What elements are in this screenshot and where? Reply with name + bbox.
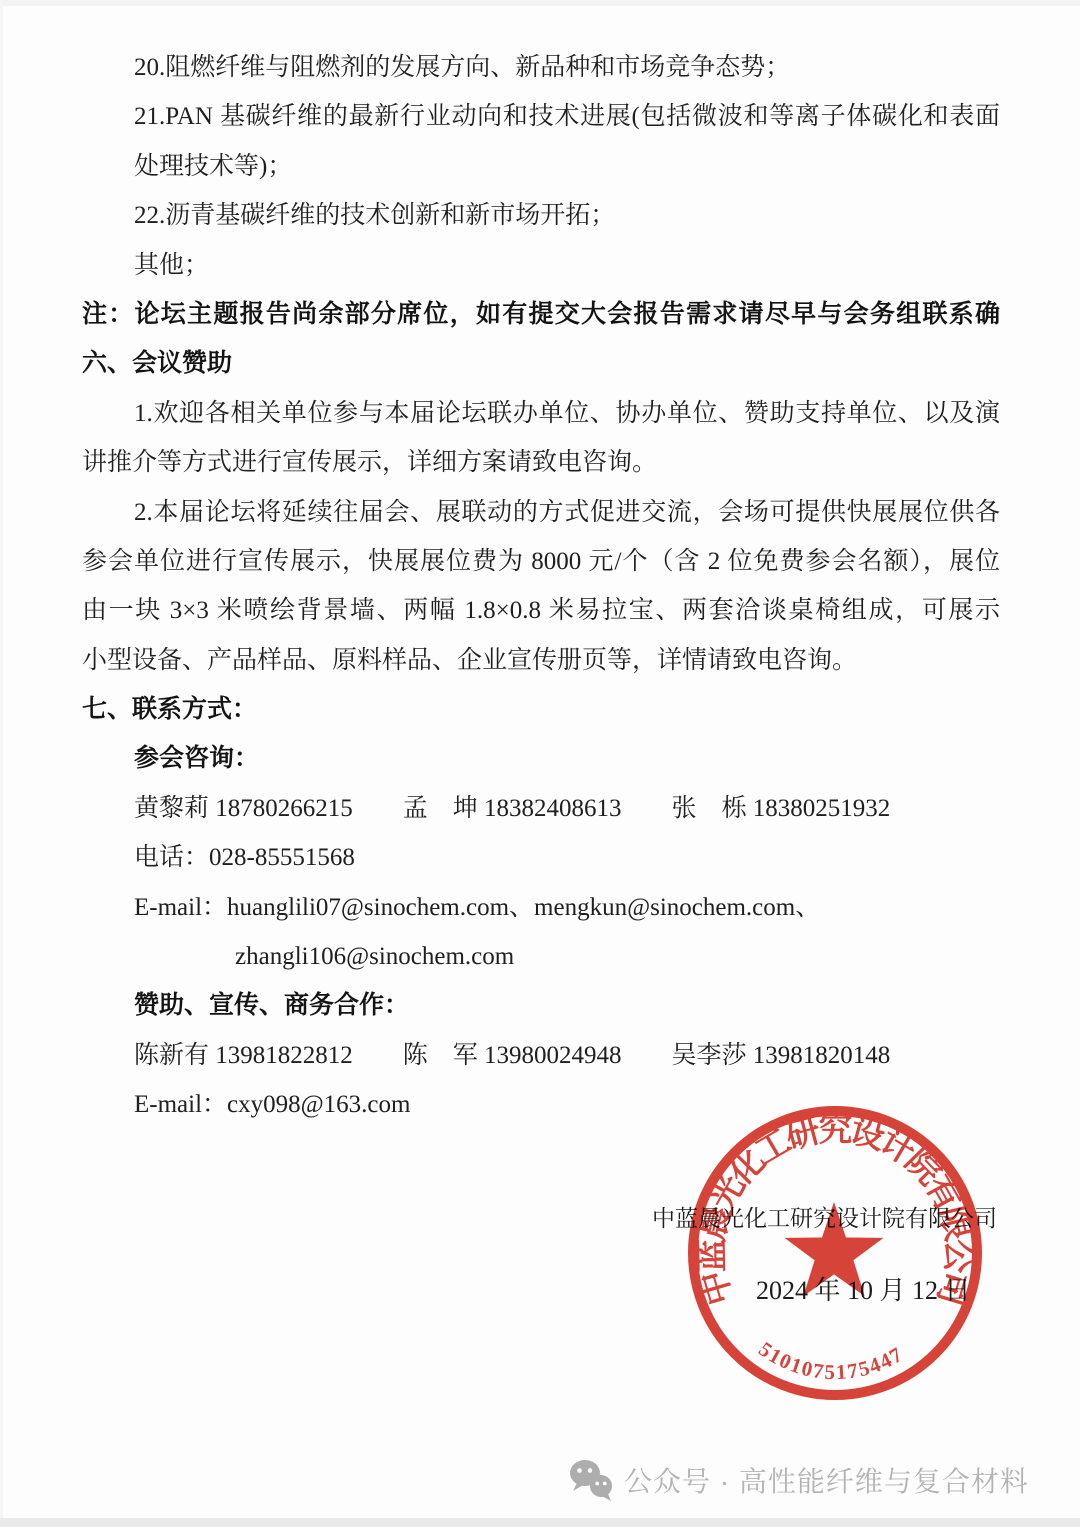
text-line: 黄黎莉 18780266215 孟 坤 18382408613 张 栎 1838… — [82, 784, 1000, 833]
text-line: 讲推介等方式进行宣传展示，详细方案请致电咨询。 — [82, 438, 1000, 487]
text-line: 小型设备、产品样品、原料样品、企业宣传册页等，详情请致电咨询。 — [82, 636, 1000, 685]
star-icon — [785, 1202, 884, 1296]
text-line: 其他； — [82, 241, 1000, 290]
company-seal-stamp: 中蓝晨光化工研究设计院有限公司 5101075175447 — [682, 1104, 988, 1402]
text-line: E-mail：huanglili07@sinochem.com、mengkun@… — [82, 883, 1000, 932]
text-line: 参会咨询： — [82, 734, 1000, 783]
text-line: 由一块 3×3 米喷绘背景墙、两幅 1.8×0.8 米易拉宝、两套洽谈桌椅组成，… — [82, 586, 1000, 635]
document-lines: 20.阻燃纤维与阻燃剂的发展方向、新品种和市场竞争态势；21.PAN 基碳纤维的… — [0, 0, 1080, 1130]
text-line: 注：论坛主题报告尚余部分席位，如有提交大会报告需求请尽早与会务组联系确认。 — [82, 290, 1000, 339]
text-line: 六、会议赞助 — [82, 339, 1000, 388]
text-line: 七、联系方式： — [82, 685, 1000, 734]
footer-watermark: 公众号 · 高性能纤维与复合材料 — [568, 1458, 1029, 1502]
text-line: zhangli106@sinochem.com — [82, 932, 1000, 981]
text-line: 陈新有 13981822812 陈 军 13980024948 吴李莎 1398… — [82, 1031, 1000, 1080]
footer-label: 公众号 · 高性能纤维与复合材料 — [624, 1460, 1029, 1500]
text-line: 赞助、宣传、商务合作： — [82, 981, 1000, 1030]
text-line: 22.沥青基碳纤维的技术创新和新市场开拓； — [82, 191, 1000, 240]
text-line: 20.阻燃纤维与阻燃剂的发展方向、新品种和市场竞争态势； — [82, 43, 1000, 92]
document-page: 20.阻燃纤维与阻燃剂的发展方向、新品种和市场竞争态势；21.PAN 基碳纤维的… — [0, 0, 1080, 1527]
wechat-icon — [568, 1458, 614, 1502]
text-line: 2.本届论坛将延续往届会、展联动的方式促进交流，会场可提供快展展位供各 — [82, 488, 1000, 537]
text-line: 21.PAN 基碳纤维的最新行业动向和技术进展(包括微波和等离子体碳化和表面 — [82, 92, 1000, 141]
page-edge-bottom — [0, 1518, 1080, 1527]
text-line: 参会单位进行宣传展示，快展展位费为 8000 元/个（含 2 位免费参会名额），… — [82, 537, 1000, 586]
text-line: 1.欢迎各相关单位参与本届论坛联办单位、协办单位、赞助支持单位、以及演 — [82, 389, 1000, 438]
seal-serial-number: 5101075175447 — [754, 1337, 908, 1384]
text-line: 处理技术等)； — [82, 142, 1000, 191]
text-line: 电话：028-85551568 — [82, 833, 1000, 882]
